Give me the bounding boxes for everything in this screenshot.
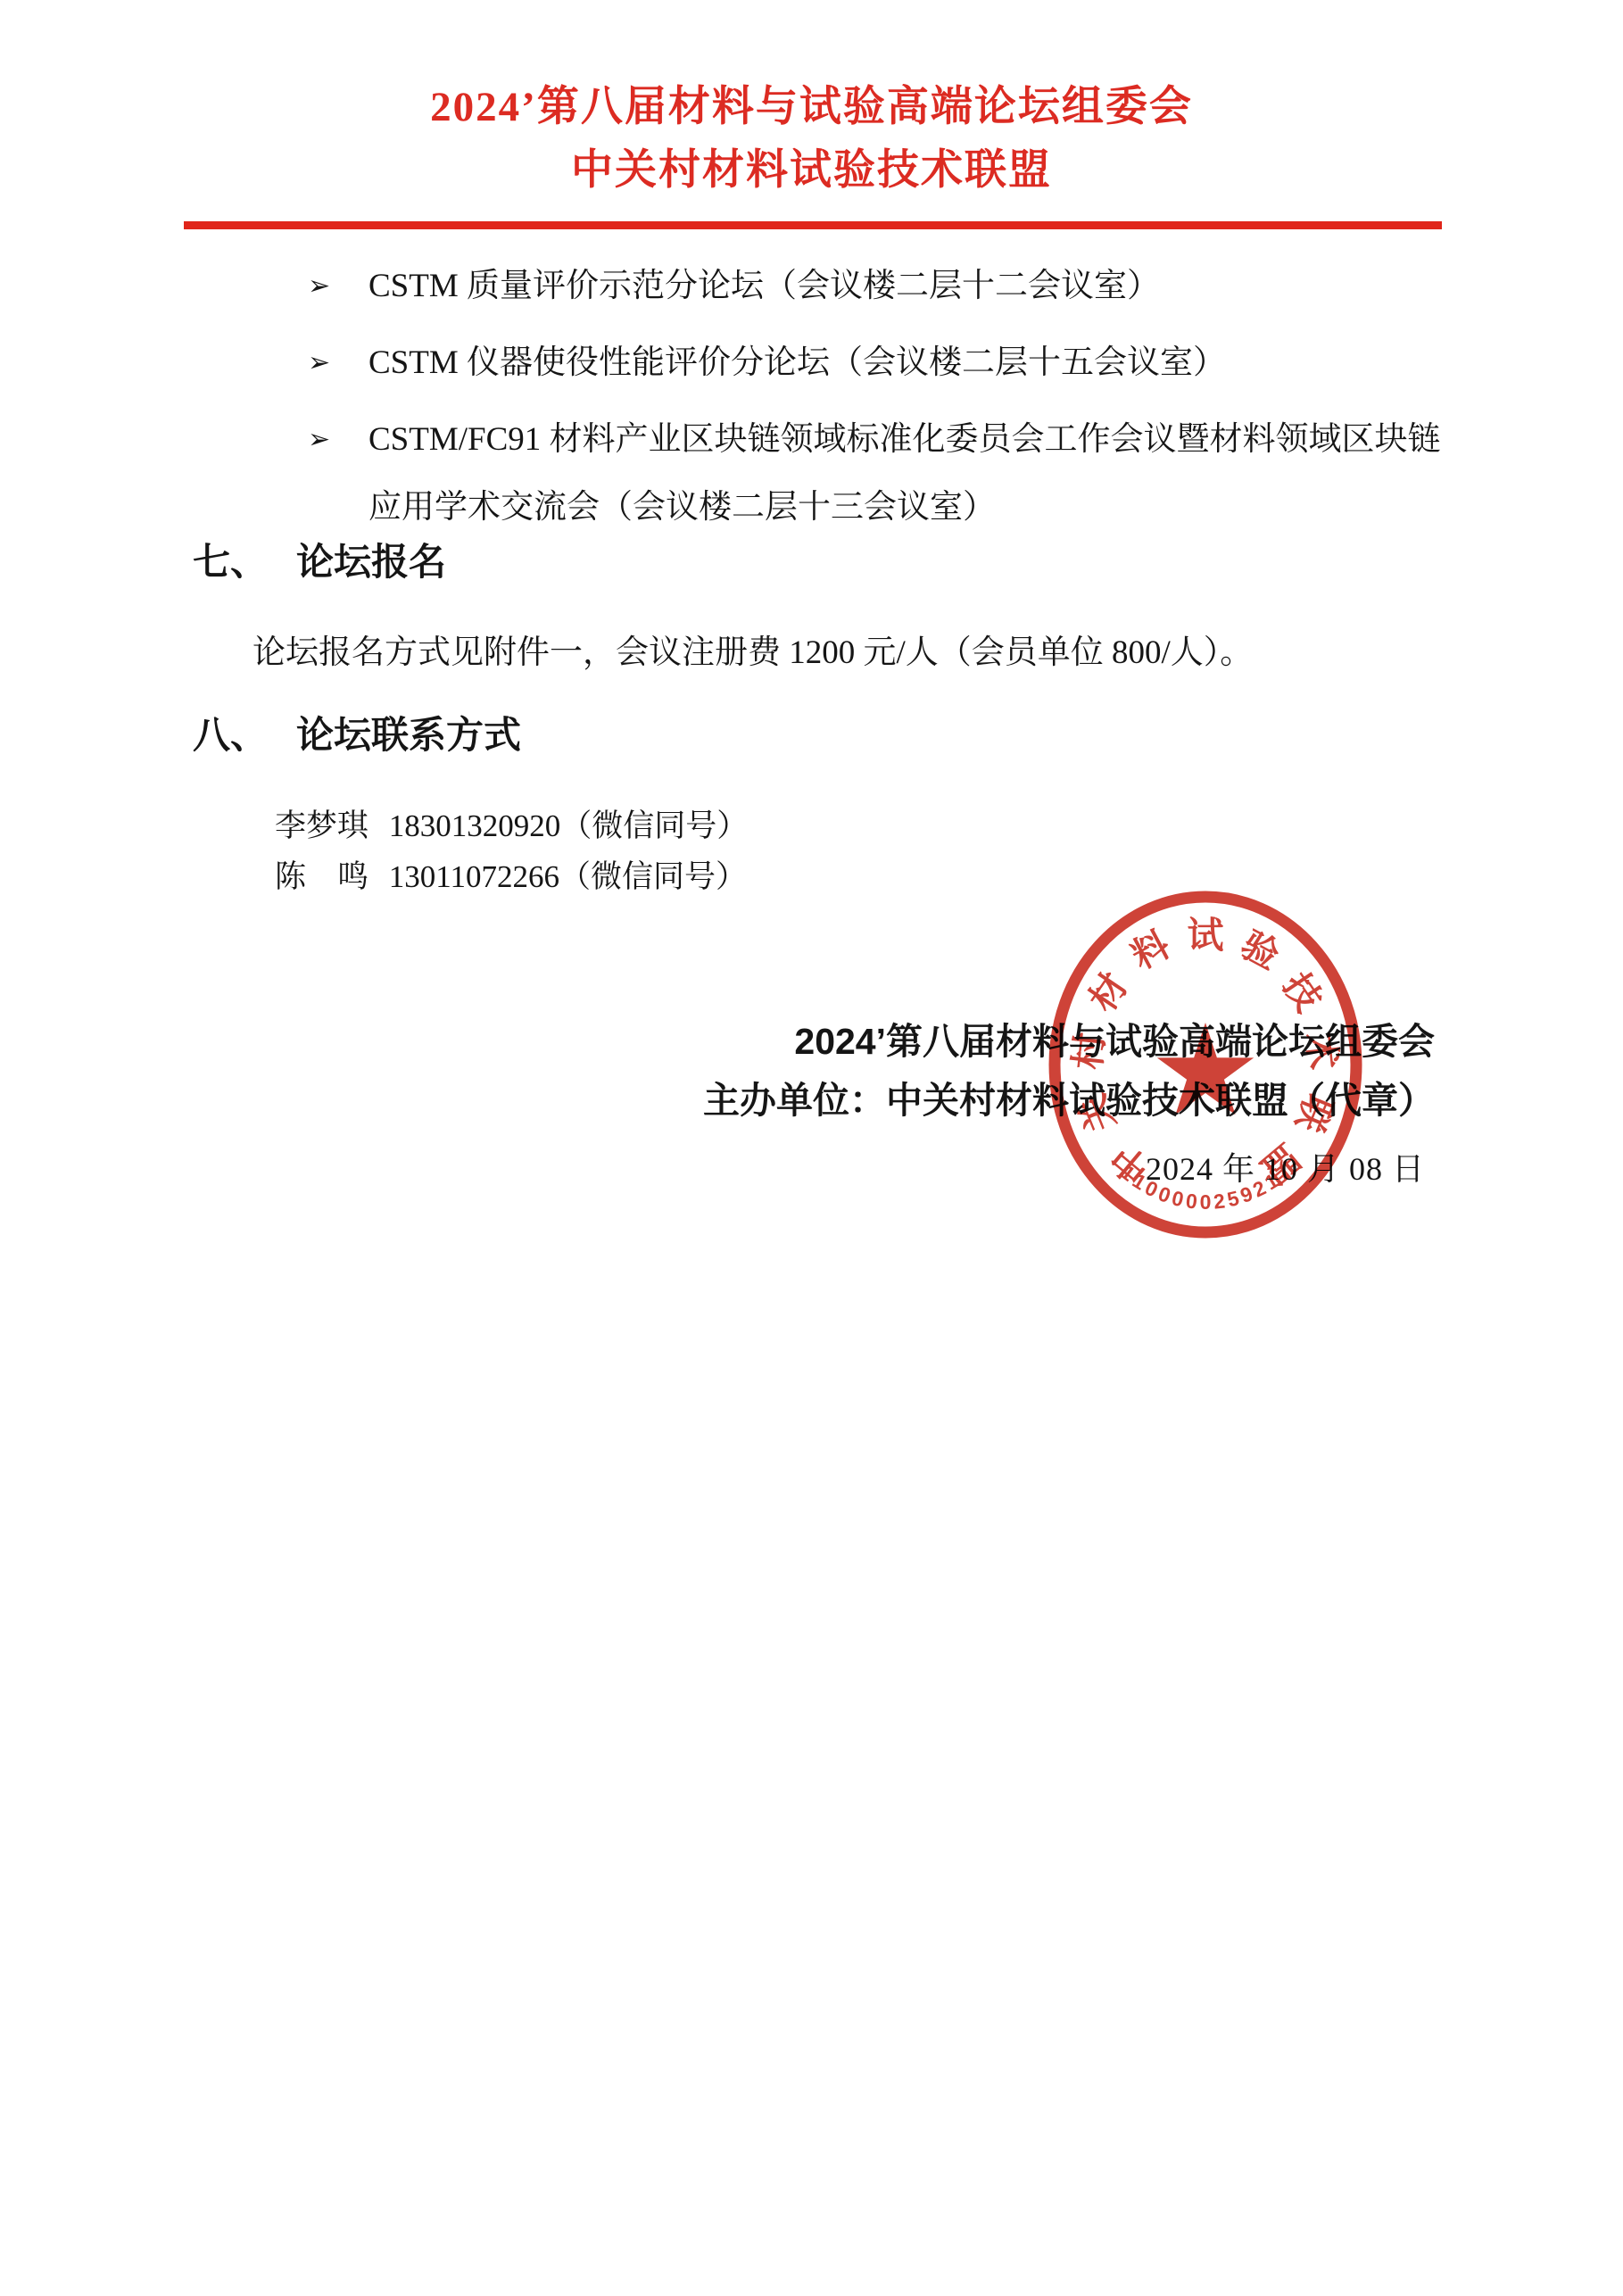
agenda-item-text: CSTM 仪器使役性能评价分论坛（会议楼二层十五会议室） bbox=[368, 329, 1226, 397]
arrow-bullet-icon: ➢ bbox=[308, 406, 368, 474]
seal-number-digit: 0 bbox=[1170, 1186, 1186, 1211]
seal-ring-char: 技 bbox=[1275, 966, 1329, 1019]
contact-line: 李梦琪 18301320920（微信同号） bbox=[275, 808, 748, 845]
agenda-item-text: CSTM 质量评价示范分论坛（会议楼二层十二会议室） bbox=[368, 253, 1160, 320]
seal-number-digit: 2 bbox=[1213, 1189, 1227, 1213]
contact-line: 陈 鸣 13011072266（微信同号） bbox=[275, 858, 747, 896]
contact-name: 李梦琪 bbox=[275, 808, 368, 843]
seal-ring-char: 料 bbox=[1125, 924, 1177, 977]
seal-number-digit: 0 bbox=[1185, 1189, 1199, 1213]
agenda-item-text: CSTM/FC91 材料产业区块链领域标准化委员会工作会议暨材料领域区块链 应用… bbox=[368, 406, 1441, 542]
contact-phone: 13011072266（微信同号） bbox=[389, 859, 747, 894]
document-title-line-1: 2024’第八届材料与试验高端论坛组委会 bbox=[0, 87, 1623, 128]
seal-number-digit: 0 bbox=[1200, 1190, 1212, 1214]
arrow-bullet-icon: ➢ bbox=[308, 329, 368, 397]
section-number: 八、 bbox=[193, 715, 268, 756]
section-number: 七、 bbox=[193, 542, 268, 583]
signature-host-line: 主办单位：中关村材料试验技术联盟（代章） bbox=[703, 1071, 1435, 1123]
seal-ring-char: 试 bbox=[1188, 915, 1224, 956]
contact-phone: 18301320920（微信同号） bbox=[389, 808, 749, 843]
seal-number-digit: 1 bbox=[1116, 1160, 1139, 1185]
signature-organizer-line: 2024’第八届材料与试验高端论坛组委会 bbox=[794, 1012, 1435, 1065]
agenda-item: ➢ CSTM/FC91 材料产业区块链领域标准化委员会工作会议暨材料领域区块链 … bbox=[308, 406, 1441, 542]
agenda-item: ➢ CSTM 质量评价示范分论坛（会议楼二层十二会议室） bbox=[308, 253, 1160, 320]
seal-number-digit: 5 bbox=[1225, 1186, 1241, 1211]
section-title: 论坛报名 bbox=[296, 542, 446, 583]
contact-name: 陈 鸣 bbox=[275, 859, 368, 894]
arrow-bullet-icon: ➢ bbox=[308, 253, 368, 320]
signature-date-line: 2024 年 10 月 08 日 bbox=[1146, 1144, 1425, 1189]
agenda-item: ➢ CSTM 仪器使役性能评价分论坛（会议楼二层十五会议室） bbox=[308, 329, 1226, 397]
document-title-line-2: 中关村材料试验技术联盟 bbox=[0, 150, 1623, 192]
section-heading-registration: 七、 论坛报名 bbox=[193, 542, 446, 583]
seal-ring-char: 验 bbox=[1235, 924, 1287, 977]
section-heading-contact: 八、 论坛联系方式 bbox=[193, 715, 521, 756]
seal-ring-char: 材 bbox=[1081, 966, 1136, 1019]
registration-paragraph: 论坛报名方式见附件一，会议注册费 1200 元/人（会员单位 800/人）。 bbox=[253, 634, 1253, 673]
section-title: 论坛联系方式 bbox=[296, 715, 521, 756]
header-divider-rule bbox=[184, 221, 1442, 229]
